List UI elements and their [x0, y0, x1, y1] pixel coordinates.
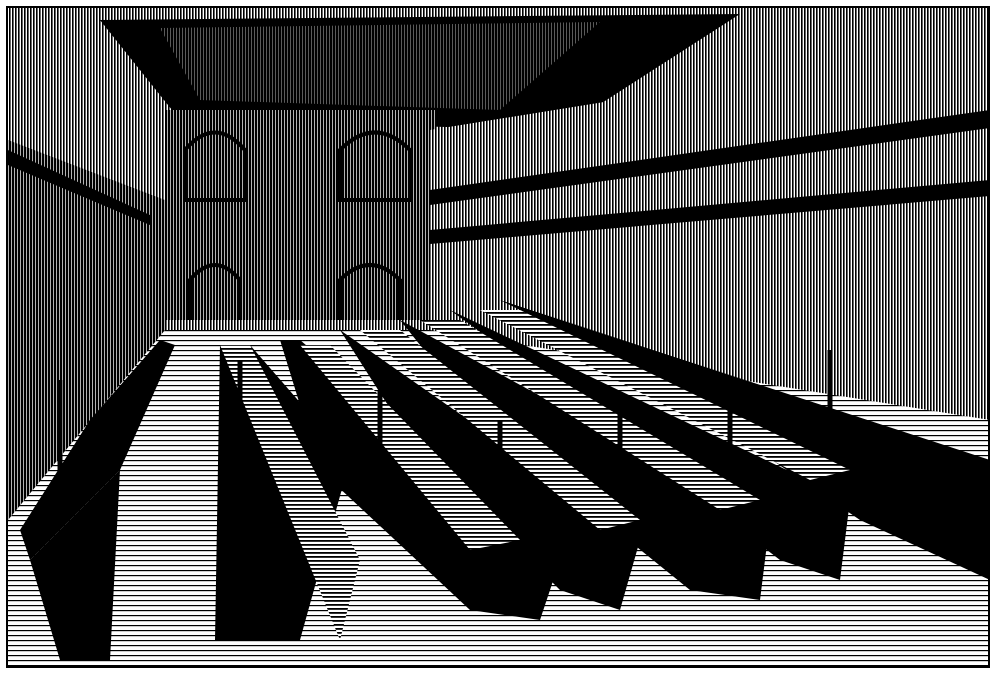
engraving-illustration	[0, 0, 998, 678]
end-wall	[165, 110, 435, 320]
